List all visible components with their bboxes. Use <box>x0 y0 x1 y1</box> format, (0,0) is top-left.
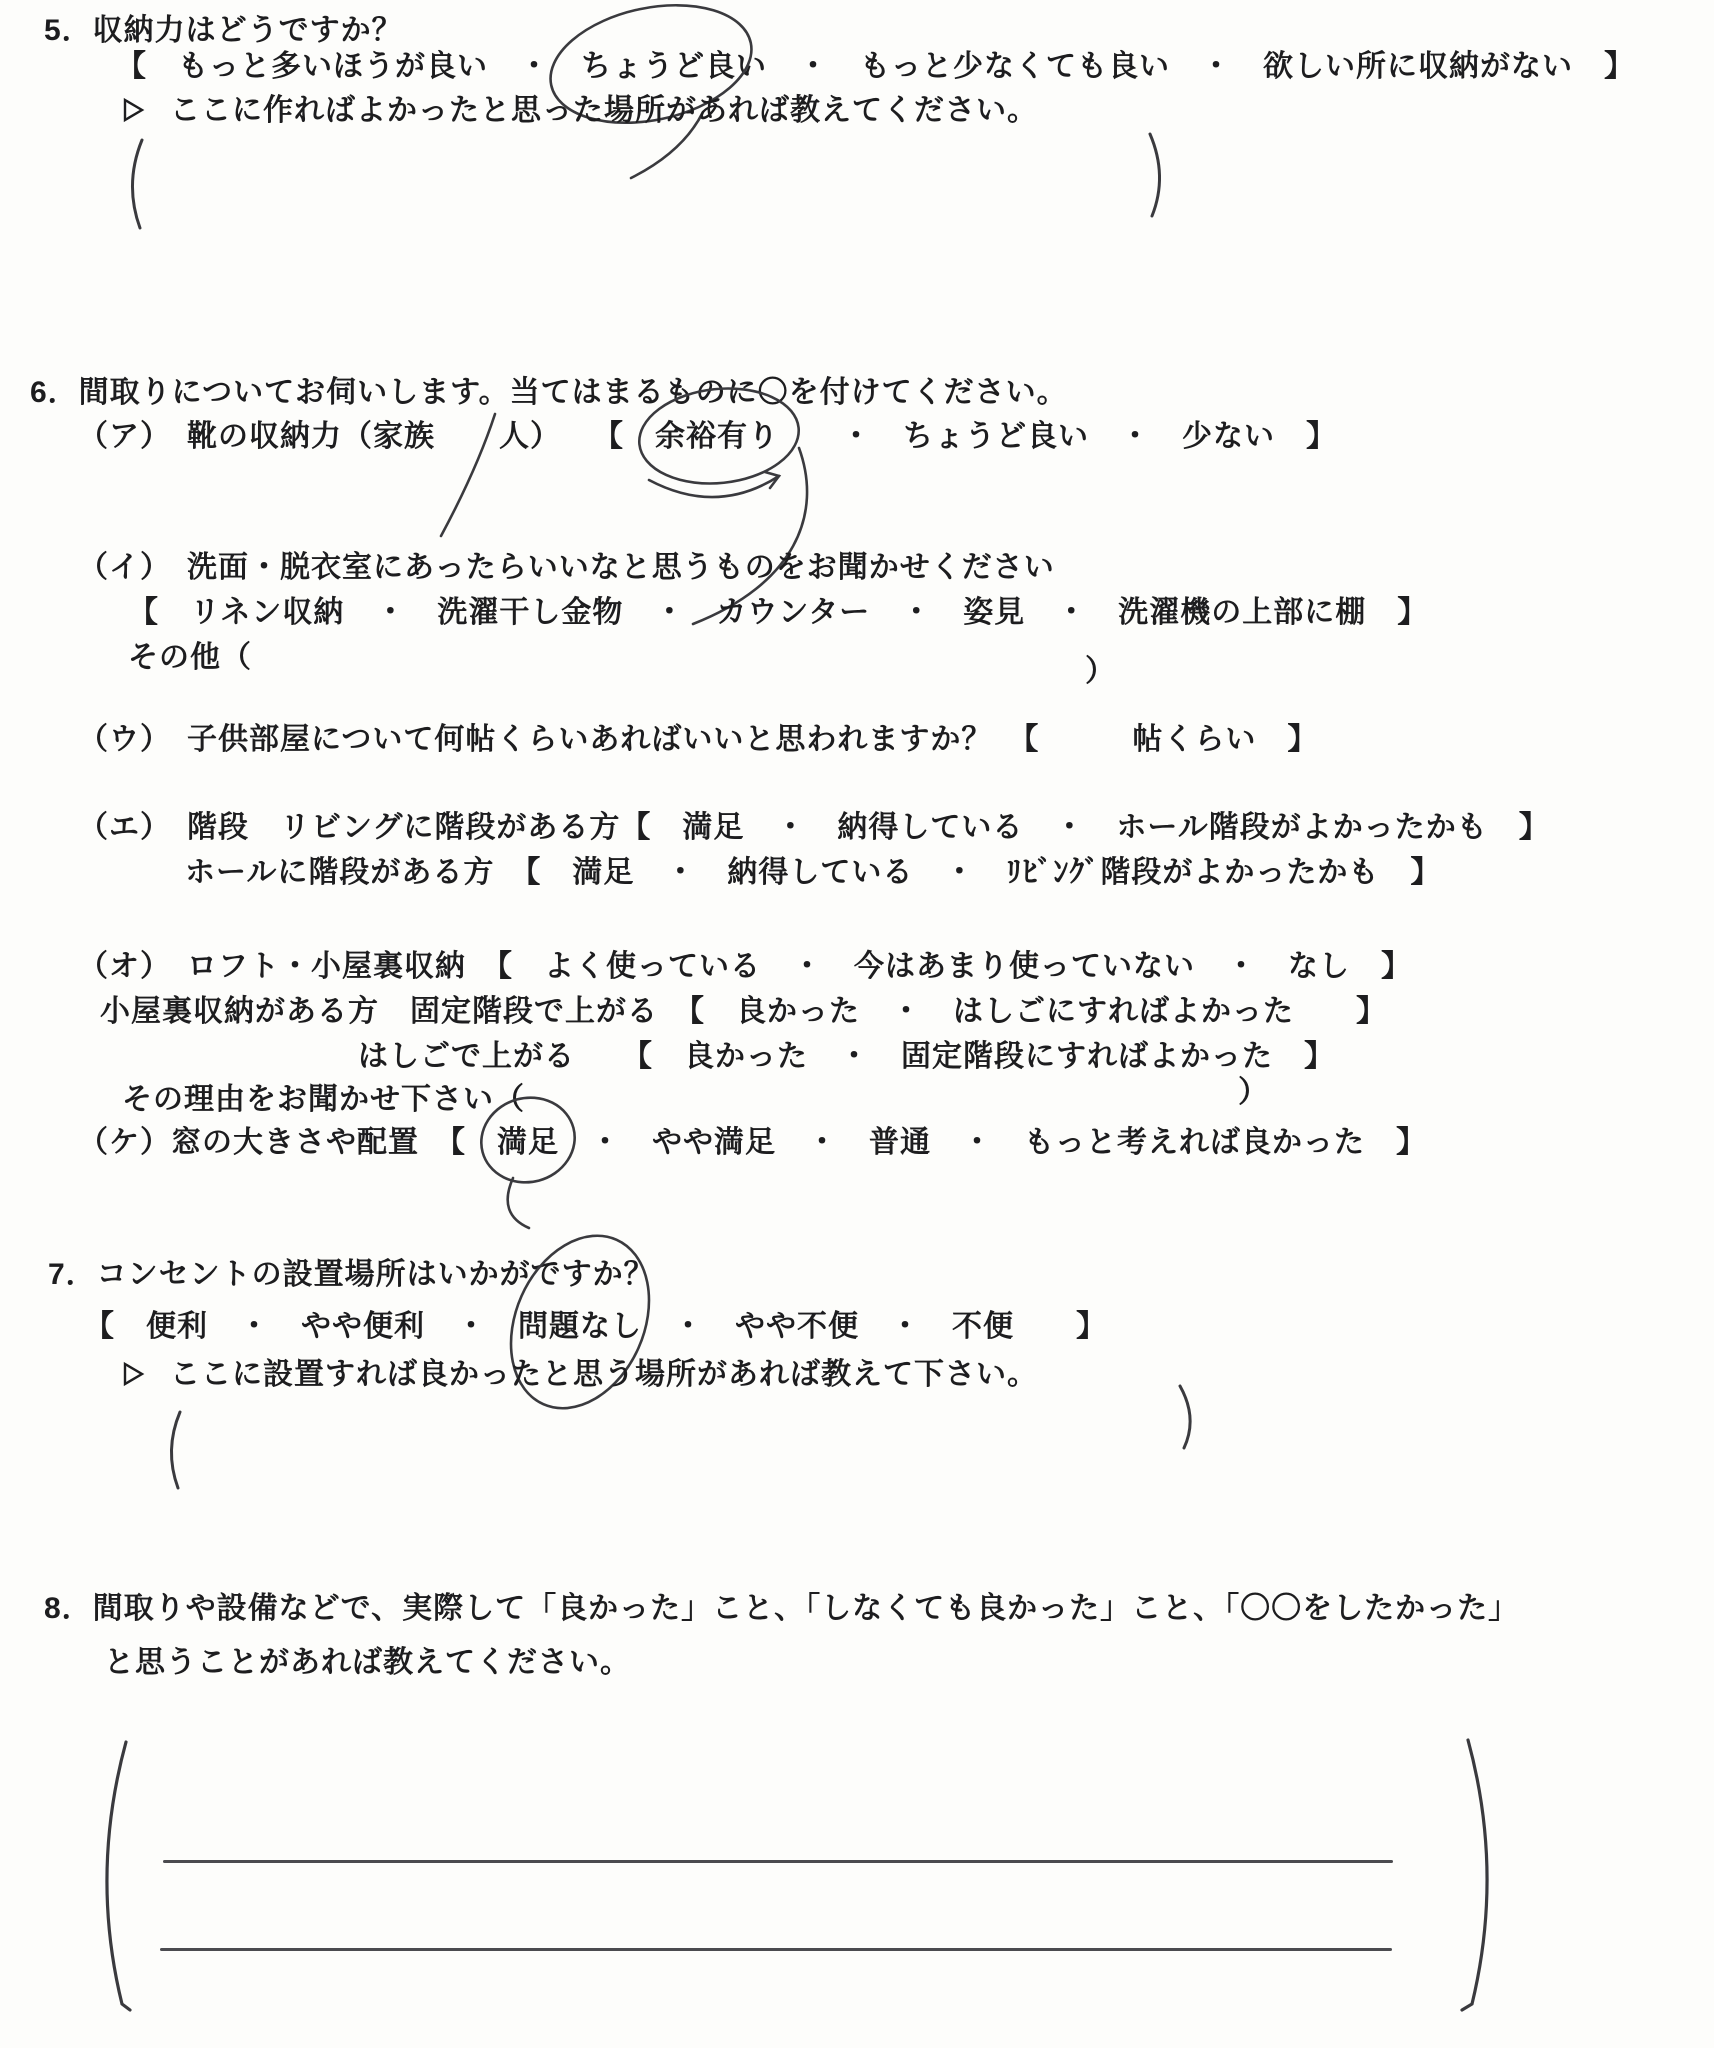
q5-options-post: ・ もっと少なくても良い ・ 欲しい所に収納がない 】 <box>767 50 1635 83</box>
q6-item-o-reason-close: ） <box>1238 1076 1269 1109</box>
q7-prompt: ここに設置すれば良かったと思う場所があれば教えて下さい。 <box>120 1358 1038 1391</box>
q8-line1: 8．間取りや設備などで、実際して「良かった」こと、「しなくても良かった」こと、「… <box>44 1592 1519 1625</box>
q8-free-answer-area <box>120 1740 1475 2010</box>
q6-item-i-line1: （イ） 洗面・脱衣室にあったらいいなと思うものをお聞かせください <box>78 551 1055 584</box>
q6a-circled-answer: 余裕有り <box>655 420 779 453</box>
q6-item-o-line3: はしごで上がる 【 良かった ・ 固定階段にすればよかった 】 <box>358 1040 1335 1073</box>
q7-left-paren <box>171 1412 180 1488</box>
q6-item-e-line1: （エ） 階段 リビングに階段がある方【 満足 ・ 納得している ・ ホール階段が… <box>78 811 1550 844</box>
q7-circled-answer: 問題なし <box>518 1310 642 1343</box>
q6-item-o-reason: その理由をお聞かせ下さい（ <box>122 1083 525 1116</box>
q5-free-answer-area <box>140 135 1160 230</box>
q6-item-u: （ウ） 子供部屋について何帖くらいあればいいと思われますか？ 【 帖くらい 】 <box>78 723 1318 756</box>
q6-item-e-line2: ホールに階段がある方 【 満足 ・ 納得している ・ ﾘﾋﾞﾝｸﾞ階段がよかった… <box>185 856 1441 889</box>
scanned-survey-page: 5．収納力はどうですか？ 【 もっと多いほうが良い ・ ちょうど良い ・ もっと… <box>0 0 1714 2048</box>
q8-answer-line-2 <box>160 1948 1392 1951</box>
triangle-right-icon <box>120 97 146 123</box>
q5-circled-answer: ちょうど良い <box>581 50 767 83</box>
q6-item-ke: （ケ）窓の大きさや配置 【 満足 ・ やや満足 ・ 普通 ・ もっと考えれば良か… <box>78 1126 1427 1159</box>
handwritten-slash-family-count <box>435 422 499 453</box>
q7-options: 【 便利 ・ やや便利 ・ 問題なし ・ やや不便 ・ 不便 】 <box>84 1310 1107 1343</box>
q6-item-a: （ア） 靴の収納力（家族人） 【 余裕有り ・ ちょうど良い ・ 少ない 】 <box>78 420 1337 453</box>
q7-free-answer-area <box>180 1405 1190 1490</box>
q8-answer-line-1 <box>163 1860 1393 1863</box>
q5-options: 【 もっと多いほうが良い ・ ちょうど良い ・ もっと少なくても良い ・ 欲しい… <box>116 50 1635 83</box>
q6-reason-answer-area <box>600 1083 1230 1117</box>
q6-item-i-line2: 【 リネン収納 ・ 洗濯干し金物 ・ カウンター ・ 姿見 ・ 洗濯機の上部に棚… <box>128 596 1428 629</box>
q8-line2: と思うことがあれば教えてください。 <box>104 1646 631 1679</box>
q5-title: 5．収納力はどうですか？ <box>44 14 403 47</box>
triangle-right-icon <box>120 1361 146 1387</box>
q6-item-o-line1: （オ） ロフト・小屋裏収納 【 よく使っている ・ 今はあまり使っていない ・ … <box>78 950 1412 983</box>
q6-item-o-line2: 小屋裏収納がある方 固定階段で上がる 【 良かった ・ はしごにすればよかった … <box>100 995 1387 1028</box>
q6-title: 6．間取りについてお伺いします。当てはまるものに〇を付けてください。 <box>30 376 1068 409</box>
q6ke-circled-answer: 満足 <box>497 1126 559 1159</box>
q6-other-answer-area <box>260 645 1080 681</box>
q6-item-i-other: その他（ <box>128 641 252 674</box>
q5-prompt: ここに作ればよかったと思った場所があれば教えてください。 <box>120 94 1038 127</box>
q5-options-pre: 【 もっと多いほうが良い ・ <box>116 50 581 83</box>
q7-title: 7．コンセントの設置場所はいかがですか？ <box>48 1258 655 1291</box>
q6-item-i-other-close: ） <box>1085 655 1116 688</box>
